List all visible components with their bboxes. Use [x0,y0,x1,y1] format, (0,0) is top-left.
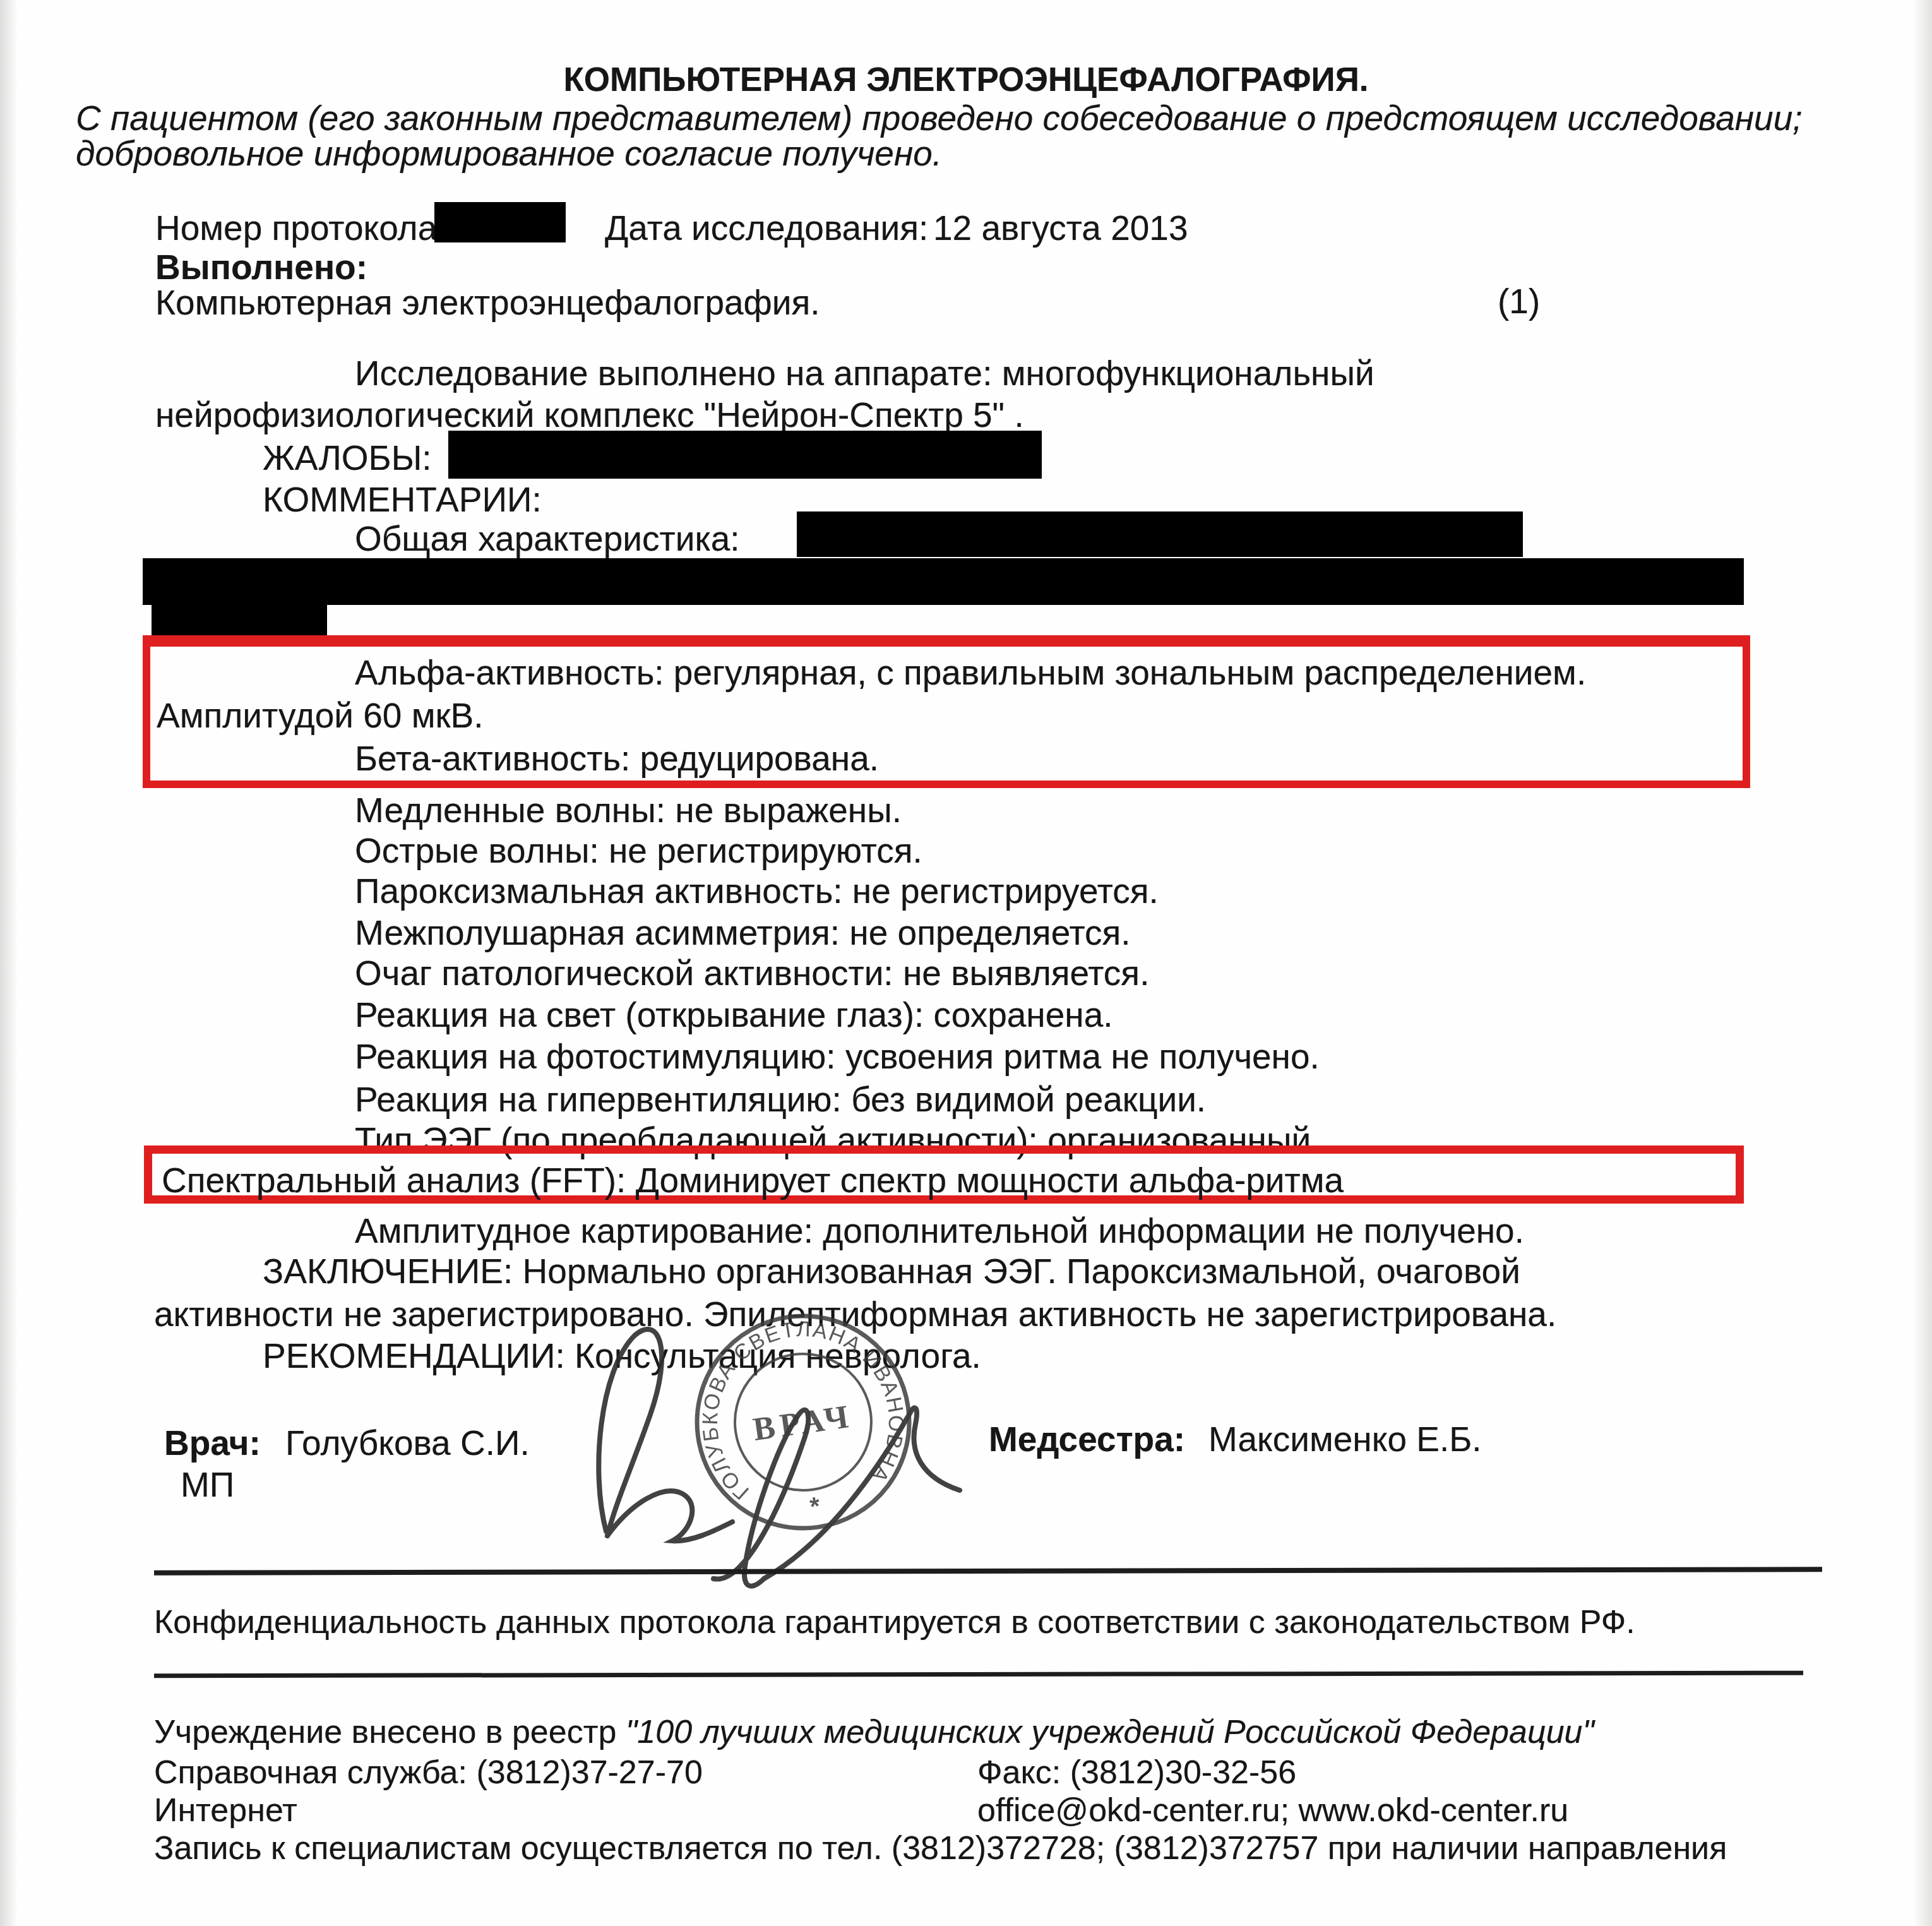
spectral-analysis-line: Спектральный анализ (FFT): Доминирует сп… [162,1161,1344,1200]
nurse-name: Максименко Е.Б. [1208,1420,1482,1459]
registry-quote: "100 лучших медицинских учреждений Росси… [626,1714,1594,1750]
internet-label: Интернет [154,1792,297,1830]
registry-line: Учреждение внесено в реестр "100 лучших … [154,1714,1594,1752]
study-date-label: Дата исследования: [605,208,928,248]
complaints-label: ЖАЛОБЫ: [263,438,432,478]
doctor-name: Голубкова С.И. [285,1423,530,1463]
footer-divider-2 [154,1671,1803,1678]
consent-line-2: добровольное информированное согласие по… [76,134,942,174]
nurse-label: Медсестра: [989,1420,1185,1459]
device-line-1: Исследование выполнено на аппарате: мног… [355,354,1374,393]
registry-prefix: Учреждение внесено в реестр [154,1714,626,1750]
stamp-star: * [808,1492,822,1521]
general-characteristic-redaction [797,511,1523,557]
page-marker: (1) [1498,282,1540,321]
alpha-activity-line-2: Амплитудой 60 мкВ. [157,696,484,736]
alpha-activity-line-1: Альфа-активность: регулярная, с правильн… [355,653,1586,693]
paroxysmal-line: Пароксизмальная активность: не регистрир… [355,871,1159,911]
protocol-number-redaction [434,202,566,242]
slow-waves-line: Медленные волны: не выражены. [355,791,902,830]
doctor-label: Врач: [164,1423,261,1463]
phone-line: Справочная служба: (3812)37-27-70 [154,1754,703,1792]
confidentiality-note: Конфиденциальность данных протокола гара… [154,1604,1635,1642]
appointment-line: Запись к специалистам осуществляется по … [154,1830,1727,1868]
pathological-focus-line: Очаг патологической активности: не выявл… [355,954,1149,993]
page-title: КОМПЬЮТЕРНАЯ ЭЛЕКТРОЭНЦЕФАЛОГРАФИЯ. [0,61,1932,99]
device-line-2: нейрофизиологический комплекс "Нейрон-Сп… [155,395,1024,435]
small-redaction-bar [152,604,327,639]
beta-activity-line: Бета-активность: редуцирована. [355,739,879,779]
performed-label: Выполнено: [155,248,367,287]
wide-redaction-bar [143,558,1744,605]
performed-value: Компьютерная электроэнцефалография. [155,283,820,323]
protocol-number-label: Номер протокола: [155,208,447,248]
scanned-eeg-report: КОМПЬЮТЕРНАЯ ЭЛЕКТРОЭНЦЕФАЛОГРАФИЯ. С па… [0,0,1932,1926]
scan-edge-left [0,0,18,1926]
conclusion-line-1: ЗАКЛЮЧЕНИЕ: Нормально организованная ЭЭГ… [263,1252,1520,1291]
scan-edge-right [1913,0,1932,1926]
general-characteristic-label: Общая характеристика: [355,519,740,559]
light-reaction-line: Реакция на свет (открывание глаз): сохра… [355,995,1113,1035]
comments-label: КОММЕНТАРИИ: [263,480,542,520]
stamp-place-label: МП [181,1465,234,1505]
doctor-round-stamp: ГОЛУБКОВА СВЕТЛАНА ИВАНОВНА ВРАЧ * [683,1302,923,1542]
fax-line: Факс: (3812)30-32-56 [977,1754,1296,1792]
asymmetry-line: Межполушарная асимметрия: не определяетс… [355,913,1131,953]
amplitude-mapping-line: Амплитудное картирование: дополнительной… [355,1211,1524,1251]
consent-line-1: С пациентом (его законным представителем… [76,99,1803,138]
study-date-value: 12 августа 2013 [933,208,1188,248]
hyperventilation-line: Реакция на гипервентиляцию: без видимой … [355,1080,1206,1120]
email-web-line: office@okd-center.ru; www.okd-center.ru [977,1792,1568,1830]
complaints-redaction [448,431,1042,479]
photostimulation-line: Реакция на фотостимуляцию: усвоения ритм… [355,1037,1320,1077]
sharp-waves-line: Острые волны: не регистрируются. [355,831,922,871]
stamp-center-text: ВРАЧ [751,1398,856,1448]
